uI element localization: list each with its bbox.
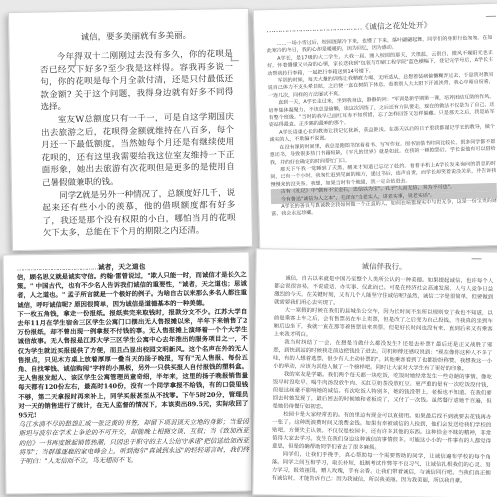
essay-title: 诚信伴我行。 [274,260,493,274]
page-sheet-banwoxing-essay: 诚信伴我行。 诚信，自古以来就是中国乃至整个人类所公认的一种美德。如果提起诚信，… [252,248,497,497]
essay-paragraph: 下一枚五角钱，拿走一份报纸。报纸卖完来取钱时，报款分文不少。江苏大学自去年11月… [17,307,248,420]
essay-paragraph: 室友W总额度只有一千一，可是自这学期国庆出去旅游之后，花呗得金额就维持在八百多，… [41,111,235,190]
essay-paragraph: 同学Z就是另外一种情况了，总额度好几千，说起来还有些小小的羡慕，他的借呗额度都有… [42,187,236,241]
essay-paragraph: 我当时纠结了一会，在想是当做什么都没发生? 还是去补票? 最后还是正义战胜了邪恶… [273,339,492,374]
title-dot-leader: …………………………………… [17,263,98,272]
margin-crop-mark [486,16,496,17]
essay-paragraph: 大一寒假的时候在我们的县城坐公交车，因为长时间不坐所以规则变了我也不知道，以前是… [273,307,492,342]
document-collage: { "colors": { "background": "#e9e9e9", "… [0,0,497,497]
essay-title: 《诚信之花处处开》 [361,21,431,32]
essay-title-row: ……………………………………《诚信之花处处开》 [266,18,492,36]
essay-paragraph: 我的室友是学霸。我们两个每天都一块吃饭，吃饭时她经常发生一些奇葩的事情。像吃饭早… [272,370,492,413]
essay-title: 诚信，要多美丽就有多美丽。 [39,29,232,45]
essay-paragraph: 校园卡是大家经常丢的。有的里边有现金可以直接用。如果最后找不到就要去花钱再办一张… [272,410,492,453]
page-sheet-chengxin-flower-essay: ……………………………………《诚信之花处处开》 ……一场小雪过后，校园逐渐冷下来… [253,3,497,253]
title-dot-leader: …………………………………… [266,23,361,35]
page-sheet-tianzhidao-essay: ……………………………………诚者，天之道也 信，顾名思义就是诚实守信。约翰·雷曾… [3,252,253,495]
margin-crop-mark [472,258,482,259]
margin-crop-mark [231,53,239,61]
essay-title: 诚者，天之道也 [98,263,146,272]
essay-paragraph: 诚信，自古以来就是中国乃至整个人类所公认的一种美德。如果提起诚信，也许每个人都会… [274,275,493,310]
essay-paragraph: 同学们，让我们手挽手，真心帮助每一个需要帮助的同学，让诚信遍布学校的每个角落。同… [271,450,490,485]
margin-crop-mark [68,58,76,66]
essay-paragraph: 信，顾名思义就是诚实守信。约翰·雷曾说过，"欺人只能一时，而诚信才是长久之策。"… [17,271,247,311]
essay-paragraph: 乌江水淌不尽的愁怨汇成一张泛黄的书签，却留下项羽顶天立地的身影；当爱因斯坦与波尔… [19,418,250,467]
page-sheet-huabei-essay: 诚信，要多美丽就有多美丽。 今年得双十二刚刚过去没有多久，你的花呗是否已经欠下好… [8,8,253,251]
